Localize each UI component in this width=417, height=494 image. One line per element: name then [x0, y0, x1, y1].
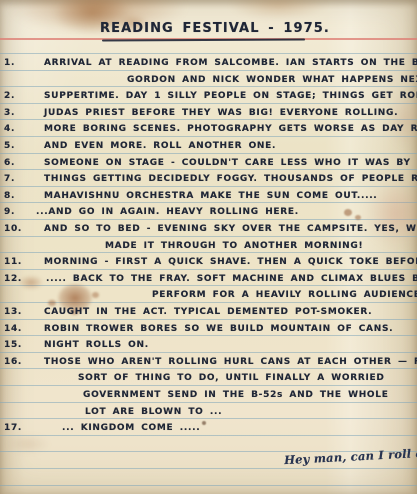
entry-number: 15. [4, 340, 22, 351]
entry-number: 16. [4, 357, 22, 368]
entry-number: 6. [4, 158, 15, 169]
entry-text: AND SO TO BED - EVENING SKY OVER THE CAM… [44, 224, 417, 235]
entry-number: 9. [4, 207, 15, 218]
entry-text: PERFORM FOR A HEAVILY ROLLING AUDIENCE. [152, 290, 417, 301]
entry-row: 14.ROBIN TROWER BORES SO WE BUILD MOUNTA… [0, 321, 417, 336]
entry-number: 1. [4, 58, 15, 69]
title-underline [102, 39, 305, 42]
entry-text: SORT OF THING TO DO, UNTIL FINALLY A WOR… [78, 373, 385, 384]
entry-text: SOMEONE ON STAGE - COULDN'T CARE LESS WH… [44, 158, 417, 169]
entry-text: MORE BORING SCENES. PHOTOGRAPHY GETS WOR… [44, 124, 417, 135]
entry-number: 5. [4, 141, 15, 152]
entry-text: LOT ARE BLOWN TO ... [85, 407, 222, 418]
entry-number: 8. [4, 191, 15, 202]
entry-row: MADE IT THROUGH TO ANOTHER MORNING! [0, 238, 417, 253]
entry-row: SORT OF THING TO DO, UNTIL FINALLY A WOR… [0, 370, 417, 385]
entry-number: 12. [4, 274, 22, 285]
entry-text: ROBIN TROWER BORES SO WE BUILD MOUNTAIN … [44, 324, 393, 335]
entry-text: GOVERNMENT SEND IN THE B-52s AND THE WHO… [83, 390, 389, 401]
entry-row: 7.THINGS GETTING DECIDEDLY FOGGY. THOUSA… [0, 171, 417, 186]
entry-text: THOSE WHO AREN'T ROLLING HURL CANS AT EA… [44, 357, 417, 368]
entry-number: 10. [4, 224, 22, 235]
entry-text: SUPPERTIME. DAY 1 SILLY PEOPLE ON STAGE;… [44, 91, 417, 102]
entry-row: 2.SUPPERTIME. DAY 1 SILLY PEOPLE ON STAG… [0, 88, 417, 103]
entry-row: 4.MORE BORING SCENES. PHOTOGRAPHY GETS W… [0, 121, 417, 136]
entry-text: GORDON AND NICK WONDER WHAT HAPPENS NEXT… [127, 75, 417, 86]
entry-row: 9....AND GO IN AGAIN. HEAVY ROLLING HERE… [0, 204, 417, 219]
entry-text: CAUGHT IN THE ACT. TYPICAL DEMENTED POT-… [44, 307, 372, 318]
page-title: READING FESTIVAL - 1975. [100, 21, 308, 36]
entry-row: 3.JUDAS PRIEST BEFORE THEY WAS BIG! EVER… [0, 105, 417, 120]
entry-text: NIGHT ROLLS ON. [44, 340, 149, 351]
entry-text: ..... BACK TO THE FRAY. SOFT MACHINE AND… [46, 274, 417, 285]
handwritten-note-bottom: Hey man, can I roll a [284, 445, 417, 467]
entry-number: 3. [4, 108, 15, 119]
entry-row: 10.AND SO TO BED - EVENING SKY OVER THE … [0, 221, 417, 236]
entry-row: 17.... KINGDOM COME ..... [0, 420, 417, 435]
entry-row: LOT ARE BLOWN TO ... [0, 404, 417, 419]
entry-row: 11.MORNING - FIRST A QUICK SHAVE. THEN A… [0, 254, 417, 269]
entry-row: PERFORM FOR A HEAVILY ROLLING AUDIENCE. [0, 287, 417, 302]
stain-top-middle [228, 0, 328, 20]
entry-number: 13. [4, 307, 22, 318]
entry-row: 6.SOMEONE ON STAGE - COULDN'T CARE LESS … [0, 155, 417, 170]
entry-row: 8.MAHAVISHNU ORCHESTRA MAKE THE SUN COME… [0, 188, 417, 203]
entry-text: MORNING - FIRST A QUICK SHAVE. THEN A QU… [44, 257, 417, 268]
entry-text: ... KINGDOM COME ..... [62, 423, 200, 434]
entry-text: JUDAS PRIEST BEFORE THEY WAS BIG! EVERYO… [44, 108, 398, 119]
entry-row: 16.THOSE WHO AREN'T ROLLING HURL CANS AT… [0, 354, 417, 369]
entry-text: ...AND GO IN AGAIN. HEAVY ROLLING HERE. [36, 207, 299, 218]
entry-row: 5.AND EVEN MORE. ROLL ANOTHER ONE. [0, 138, 417, 153]
notebook-page: READING FESTIVAL - 1975. 1.ARRIVAL AT RE… [0, 0, 417, 494]
entry-row: 1.ARRIVAL AT READING FROM SALCOMBE. IAN … [0, 55, 417, 70]
ruled-line [0, 485, 417, 486]
entry-number: 2. [4, 91, 15, 102]
entry-number: 7. [4, 174, 15, 185]
entry-number: 17. [4, 423, 22, 434]
entry-text: ARRIVAL AT READING FROM SALCOMBE. IAN ST… [44, 58, 417, 69]
ruled-line [0, 468, 417, 469]
entry-number: 11. [4, 257, 22, 268]
entry-number: 4. [4, 124, 15, 135]
entry-row: 12...... BACK TO THE FRAY. SOFT MACHINE … [0, 271, 417, 286]
ruled-line [0, 53, 417, 54]
entry-text: MAHAVISHNU ORCHESTRA MAKE THE SUN COME O… [44, 191, 377, 202]
entry-text: AND EVEN MORE. ROLL ANOTHER ONE. [44, 141, 276, 152]
entry-row: 15.NIGHT ROLLS ON. [0, 337, 417, 352]
entry-text: THINGS GETTING DECIDEDLY FOGGY. THOUSAND… [44, 174, 417, 185]
entry-text: MADE IT THROUGH TO ANOTHER MORNING! [105, 241, 363, 252]
entry-row: GOVERNMENT SEND IN THE B-52s AND THE WHO… [0, 387, 417, 402]
entry-number: 14. [4, 324, 22, 335]
entry-row: 13.CAUGHT IN THE ACT. TYPICAL DEMENTED P… [0, 304, 417, 319]
entry-row: GORDON AND NICK WONDER WHAT HAPPENS NEXT… [0, 72, 417, 87]
